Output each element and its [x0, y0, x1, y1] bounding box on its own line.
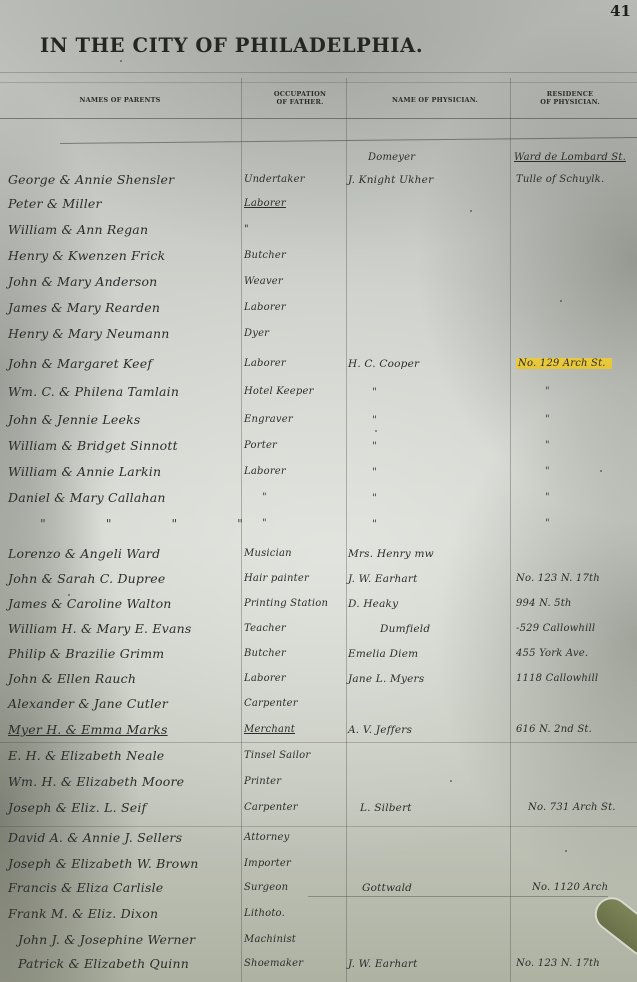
father-occupation: Butcher: [244, 648, 344, 659]
parents-name: Wm. H. & Elizabeth Moore: [8, 774, 240, 789]
father-occupation: Weaver: [244, 276, 344, 287]
parents-name: Francis & Eliza Carlisle: [8, 880, 240, 895]
table-row: Francis & Eliza Carlisle Surgeon Gottwal…: [0, 880, 637, 904]
table-row: William & Bridget Sinnott Porter " ": [0, 438, 637, 462]
column-header-occupation: OCCUPATION OF FATHER.: [250, 90, 350, 106]
table-row: John & Margaret Keef Laborer H. C. Coope…: [0, 356, 637, 380]
table-row: Daniel & Mary Callahan " " ": [0, 490, 637, 514]
physician-residence: ": [545, 466, 637, 477]
physician-residence: 1118 Callowhill: [516, 673, 637, 684]
father-occupation: Undertaker: [244, 174, 344, 185]
parents-name: George & Annie Shensler: [8, 172, 240, 187]
father-occupation: Laborer: [244, 358, 344, 369]
table-row: George & Annie Shensler Undertaker J. Kn…: [0, 172, 637, 196]
father-occupation: Machinist: [244, 934, 344, 945]
father-occupation: Teacher: [244, 623, 344, 634]
column-header-parents-label: NAMES OF PARENTS: [79, 96, 160, 104]
table-row: Philip & Brazilie Grimm Butcher Emelia D…: [0, 646, 637, 670]
column-header-residence: RESIDENCE OF PHYSICIAN.: [520, 90, 620, 106]
physician-name: A. V. Jeffers: [348, 724, 504, 736]
physician-residence: No. 1120 Arch: [532, 882, 637, 893]
physician-residence: 455 York Ave.: [516, 648, 637, 659]
physician-name: ": [372, 518, 528, 530]
speck: [120, 60, 122, 62]
table-row: David A. & Annie J. Sellers Attorney: [0, 830, 637, 854]
physician-name: J. W. Earhart: [348, 573, 504, 585]
physician-residence: No. 123 N. 17th: [516, 958, 637, 969]
table-row: John & Jennie Leeks Engraver " ": [0, 412, 637, 436]
table-row: William H. & Mary E. Evans Teacher Dumfi…: [0, 621, 637, 645]
highlighted-address: No. 129 Arch St.: [516, 358, 612, 369]
physician-name: ": [372, 414, 528, 426]
parents-name: Joseph & Elizabeth W. Brown: [8, 856, 240, 871]
parents-name: John & Ellen Rauch: [8, 671, 240, 686]
father-occupation: Attorney: [244, 832, 344, 843]
father-occupation: Merchant: [244, 724, 344, 735]
parents-name: Frank M. & Eliz. Dixon: [8, 906, 240, 921]
physician-name: Emelia Diem: [348, 648, 504, 660]
table-row: William & Annie Larkin Laborer " ": [0, 464, 637, 488]
speck: [600, 470, 602, 472]
table-row: John & Mary Anderson Weaver: [0, 274, 637, 298]
physician-name: ": [372, 386, 528, 398]
table-row: Wm. C. & Philena Tamlain Hotel Keeper " …: [0, 384, 637, 408]
table-row: James & Mary Rearden Laborer: [0, 300, 637, 324]
rule-under-title: [0, 72, 637, 73]
father-occupation: ": [262, 492, 362, 503]
father-occupation: Lithoto.: [244, 908, 344, 919]
parents-name: John J. & Josephine Werner: [18, 932, 250, 947]
rule-header-bottom-2: [60, 137, 637, 144]
column-header-parents: NAMES OF PARENTS: [40, 96, 200, 104]
table-row: Joseph & Eliz. L. Seif Carpenter L. Silb…: [0, 800, 637, 824]
parents-name: William H. & Mary E. Evans: [8, 621, 240, 636]
parents-name: Henry & Mary Neumann: [8, 326, 240, 341]
table-row: Lorenzo & Angeli Ward Musician Mrs. Henr…: [0, 546, 637, 570]
physician-residence: No. 123 N. 17th: [516, 573, 637, 584]
parents-name: " " " ": [40, 516, 272, 531]
physician-residence: No. 731 Arch St.: [528, 802, 637, 813]
parents-name: Daniel & Mary Callahan: [8, 490, 240, 505]
table-row: Joseph & Elizabeth W. Brown Importer: [0, 856, 637, 880]
physician-name: H. C. Cooper: [348, 358, 504, 370]
physician-name: ": [372, 440, 528, 452]
table-row: John & Sarah C. Dupree Hair painter J. W…: [0, 571, 637, 595]
father-occupation: Laborer: [244, 302, 344, 313]
rule-header-bottom: [0, 118, 637, 119]
physician-residence: ": [545, 414, 637, 425]
parents-name: John & Mary Anderson: [8, 274, 240, 289]
speck: [375, 430, 377, 432]
father-occupation: Printer: [244, 776, 344, 787]
parents-name: William & Bridget Sinnott: [8, 438, 240, 453]
physician-name: D. Heaky: [348, 598, 504, 610]
rule-occupation-underline: [308, 896, 608, 897]
father-occupation: Porter: [244, 440, 344, 451]
father-occupation: ": [244, 224, 344, 235]
physician-residence: 616 N. 2nd St.: [516, 724, 637, 735]
parents-name: Philip & Brazilie Grimm: [8, 646, 240, 661]
table-row: John J. & Josephine Werner Machinist: [0, 932, 637, 956]
parents-name: David A. & Annie J. Sellers: [8, 830, 240, 845]
speck: [560, 300, 562, 302]
column-header-occupation-line1: OCCUPATION: [250, 90, 350, 98]
table-row: Patrick & Elizabeth Quinn Shoemaker J. W…: [0, 956, 637, 980]
table-row: Frank M. & Eliz. Dixon Lithoto.: [0, 906, 637, 930]
table-row: Henry & Mary Neumann Dyer: [0, 326, 637, 350]
column-header-physician-label: NAME OF PHYSICIAN.: [392, 96, 478, 104]
father-occupation: Engraver: [244, 414, 344, 425]
parents-name: Lorenzo & Angeli Ward: [8, 546, 240, 561]
father-occupation: Carpenter: [244, 698, 344, 709]
physician-residence: 994 N. 5th: [516, 598, 637, 609]
page-number: 41: [610, 2, 631, 20]
table-row: James & Caroline Walton Printing Station…: [0, 596, 637, 620]
physician-name: Mrs. Henry mw: [348, 548, 504, 560]
physician-residence: ": [545, 386, 637, 397]
physician-name: Jane L. Myers: [348, 673, 504, 685]
table-row: Alexander & Jane Cutler Carpenter: [0, 696, 637, 720]
parents-name: Patrick & Elizabeth Quinn: [18, 956, 250, 971]
physician-residence: ": [545, 492, 637, 503]
speck: [68, 594, 70, 596]
rule-mid: [0, 826, 637, 827]
parents-name: William & Ann Regan: [8, 222, 240, 237]
physician-name: J. Knight Ukher: [348, 174, 504, 186]
table-row: John & Ellen Rauch Laborer Jane L. Myers…: [0, 671, 637, 695]
physician-name: ": [372, 492, 528, 504]
table-row: William & Ann Regan ": [0, 222, 637, 246]
father-occupation: Laborer: [244, 466, 344, 477]
father-occupation: Carpenter: [244, 802, 344, 813]
father-occupation: Musician: [244, 548, 344, 559]
speck: [450, 780, 452, 782]
parents-name: Henry & Kwenzen Frick: [8, 248, 240, 263]
father-occupation: Laborer: [244, 198, 344, 209]
table-row: Wm. H. & Elizabeth Moore Printer: [0, 774, 637, 798]
parents-name: Joseph & Eliz. L. Seif: [8, 800, 240, 815]
father-occupation: Butcher: [244, 250, 344, 261]
physician-name: ": [372, 466, 528, 478]
father-occupation: Hotel Keeper: [244, 386, 344, 397]
parents-name: William & Annie Larkin: [8, 464, 240, 479]
parents-name: John & Jennie Leeks: [8, 412, 240, 427]
father-occupation: Shoemaker: [244, 958, 344, 969]
carried-physician: Domeyer: [368, 152, 415, 163]
parents-name: James & Caroline Walton: [8, 596, 240, 611]
speck: [565, 850, 567, 852]
father-occupation: Dyer: [244, 328, 344, 339]
rule-under-marks: [0, 742, 637, 743]
table-row: E. H. & Elizabeth Neale Tinsel Sailor: [0, 748, 637, 772]
parents-name: Alexander & Jane Cutler: [8, 696, 240, 711]
father-occupation: Importer: [244, 858, 344, 869]
physician-residence-highlighted: No. 129 Arch St.: [516, 358, 637, 369]
physician-name: Dumfield: [380, 623, 536, 635]
parents-name: Wm. C. & Philena Tamlain: [8, 384, 240, 399]
table-row: Peter & Miller Laborer: [0, 196, 637, 220]
carried-residence: Ward de Lombard St.: [514, 152, 626, 163]
page-title: IN THE CITY OF PHILADELPHIA.: [40, 34, 580, 57]
parents-name: E. H. & Elizabeth Neale: [8, 748, 240, 763]
physician-name: Gottwald: [362, 882, 518, 894]
rule-header-top: [0, 82, 637, 83]
father-occupation: ": [262, 518, 362, 529]
father-occupation: Laborer: [244, 673, 344, 684]
father-occupation: Surgeon: [244, 882, 344, 893]
physician-residence: ": [545, 440, 637, 451]
parents-name: James & Mary Rearden: [8, 300, 240, 315]
physician-residence: ": [545, 518, 637, 529]
physician-residence: Tulle of Schuylk.: [516, 174, 637, 185]
physician-residence: -529 Callowhill: [516, 623, 637, 634]
column-header-occupation-line2: OF FATHER.: [250, 98, 350, 106]
parents-name: John & Margaret Keef: [8, 356, 240, 371]
column-header-residence-line1: RESIDENCE: [520, 90, 620, 98]
speck: [470, 210, 472, 212]
physician-name: L. Silbert: [360, 802, 516, 814]
parents-name: Peter & Miller: [8, 196, 240, 211]
table-row: " " " " " " ": [0, 516, 637, 540]
parents-name: John & Sarah C. Dupree: [8, 571, 240, 586]
father-occupation: Hair painter: [244, 573, 344, 584]
parents-name: Myer H. & Emma Marks: [8, 722, 240, 737]
table-row: Henry & Kwenzen Frick Butcher: [0, 248, 637, 272]
ledger-page: 41 IN THE CITY OF PHILADELPHIA. NAMES OF…: [0, 0, 637, 982]
father-occupation: Printing Station: [244, 598, 344, 609]
column-header-residence-line2: OF PHYSICIAN.: [520, 98, 620, 106]
column-header-physician: NAME OF PHYSICIAN.: [380, 96, 490, 104]
physician-name: J. W. Earhart: [348, 958, 504, 970]
father-occupation: Tinsel Sailor: [244, 750, 344, 761]
